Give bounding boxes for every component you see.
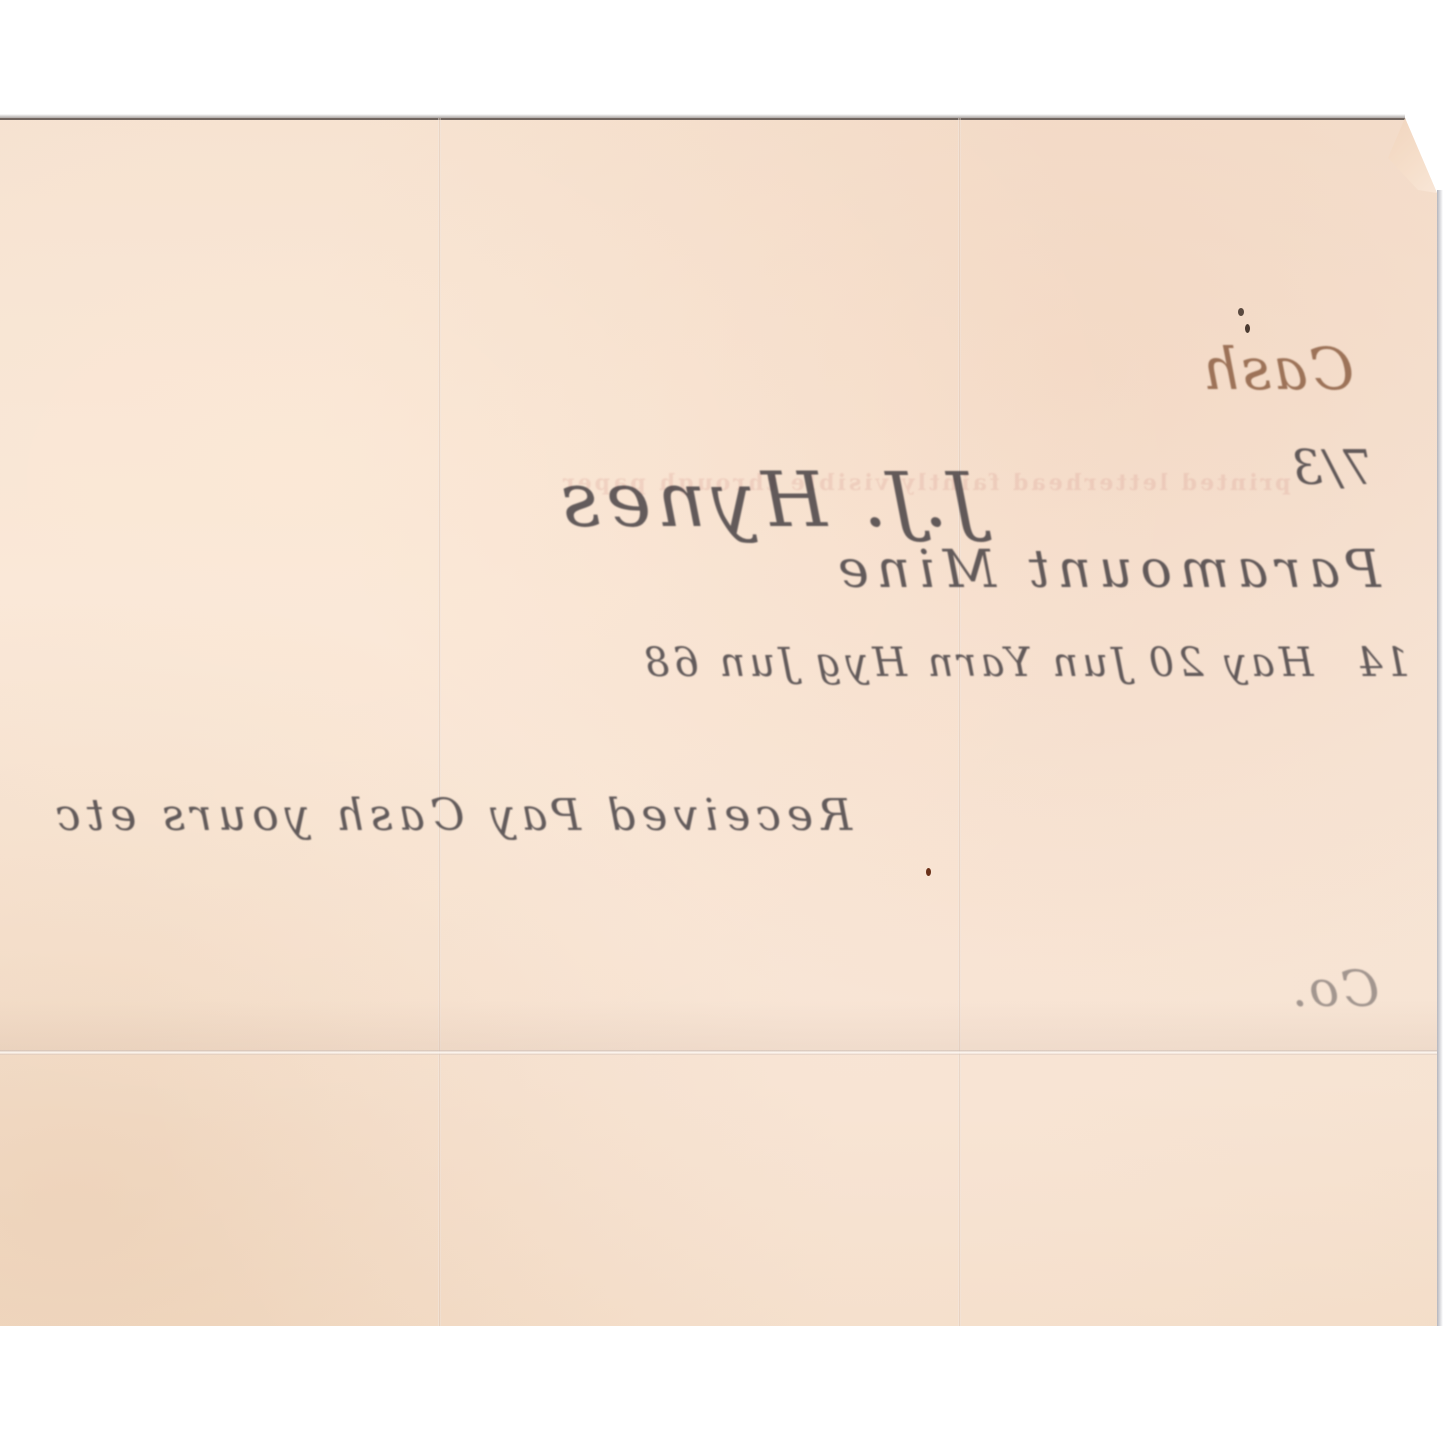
pin-hole <box>1245 324 1250 333</box>
horizontal-fold <box>0 1050 1437 1055</box>
fold-shadow <box>0 1000 1437 1052</box>
paper-sheet <box>0 118 1437 1326</box>
mirrored-text-amount: 14 <box>1355 640 1410 686</box>
pin-hole <box>1238 308 1244 316</box>
vertical-fold-right <box>958 118 961 1326</box>
mirrored-text-name: J.J. Hynes <box>555 455 979 544</box>
mirrored-text-received: Received Pay Cash yours etc <box>50 790 852 841</box>
mirrored-text-item-line: Hay 20 Jun Yarn Hyg Jun 68 <box>640 640 1314 686</box>
vertical-fold-left <box>438 118 441 1326</box>
mirrored-text-cash: Cash <box>1200 335 1354 403</box>
paper-right-edge-shadow <box>1437 190 1443 1326</box>
mirrored-text-location: Paramount Mine <box>830 540 1381 600</box>
ink-spot <box>926 868 931 876</box>
mirrored-text-date: 7/3 <box>1290 440 1373 496</box>
paper-top-edge <box>0 114 1405 120</box>
mirrored-text-signature: Co. <box>1290 960 1379 1018</box>
